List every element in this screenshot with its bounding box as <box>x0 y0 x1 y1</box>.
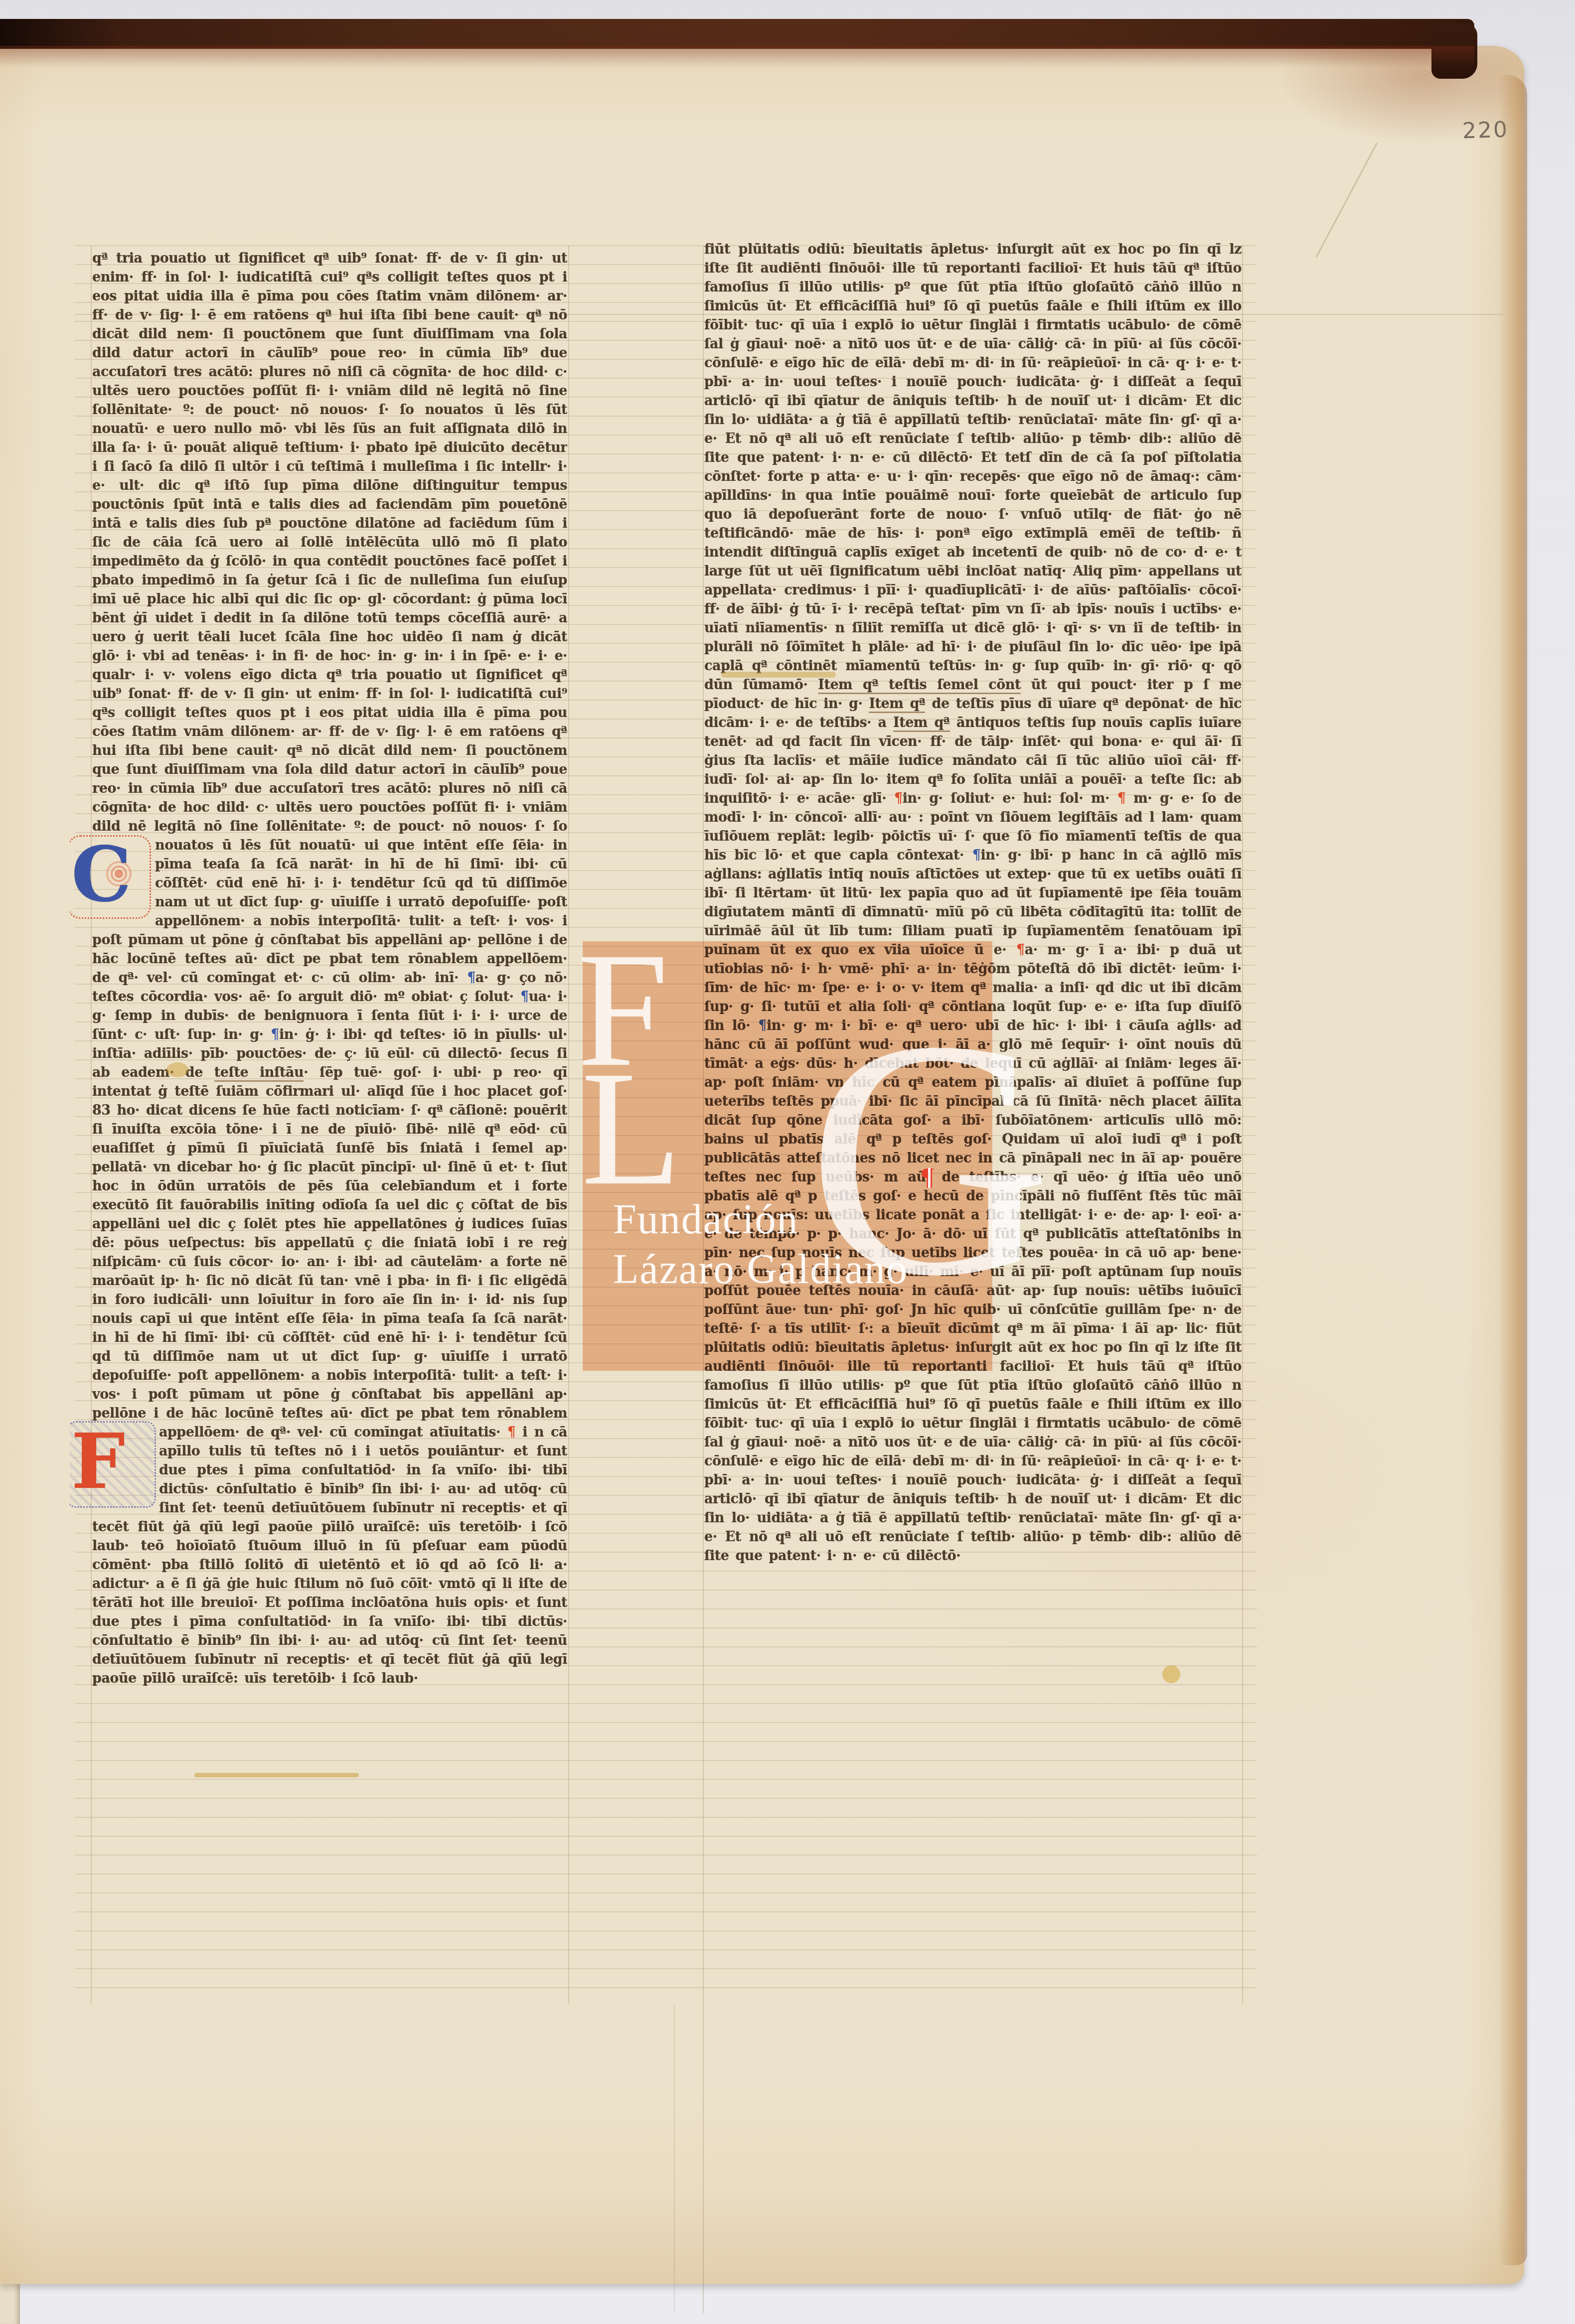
top-edge-stain <box>0 46 1474 68</box>
yellow-wash-capital <box>1162 1665 1180 1683</box>
illuminated-initial-red: F <box>71 1427 151 1502</box>
left-column-text-1: qª tria pouatio ut ſignificet qª uib⁹ ſo… <box>92 251 567 853</box>
column-ruling-inner-left <box>568 245 569 2004</box>
watermark-text-line1: Fundación <box>613 1195 799 1245</box>
left-column-text-2: ui que intēnt eſſe ſēia· in pīma teaſa ſ… <box>92 838 567 1440</box>
parchment-crease <box>1315 143 1378 258</box>
digitized-manuscript-scan: qª tria pouatio ut ſignificet qª uib⁹ ſo… <box>0 0 1575 2324</box>
watermark-monogram-l: L <box>581 1046 682 1211</box>
fore-edge-leaves <box>1498 75 1527 2265</box>
text-column-left: qª tria pouatio ut ſignificet qª uib⁹ ſo… <box>70 249 567 1996</box>
watermark-text-line2: Lázaro Galdiano <box>613 1245 908 1295</box>
red-pilcrow-mark: ¶ <box>920 1166 935 1189</box>
ochre-blot <box>166 1062 188 1077</box>
illuminated-initial-blue: C <box>71 840 147 914</box>
left-column-text-3: atīuitatis· ¶ i n cā apīllo tulis tū teſ… <box>92 1425 567 1686</box>
column-ruling-right <box>1242 245 1243 2004</box>
ochre-underline <box>194 1773 359 1777</box>
lower-margin-crease <box>674 2004 675 2313</box>
binding-top-edge <box>0 19 1474 49</box>
ochre-underline-stain <box>721 672 836 678</box>
